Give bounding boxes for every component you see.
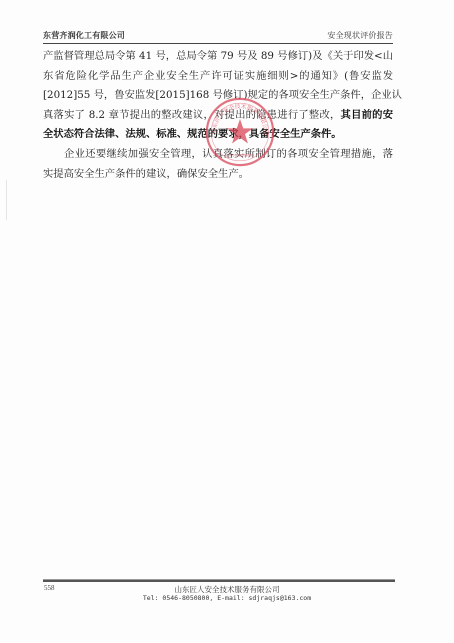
scan-edge-mark bbox=[6, 180, 7, 220]
header-report-title: 安全现状评价报告 bbox=[327, 30, 393, 41]
bold-conclusion-line: 全状态符合法律、法规、标准、规范的要求，具备安全生产条件。 bbox=[43, 125, 393, 145]
text-line: 真落实了 8.2 章节提出的整改建议，对提出的隐患进行了整改，其目前的安 bbox=[43, 106, 393, 126]
page-header: 东营齐润化工有限公司 安全现状评价报告 bbox=[43, 29, 393, 44]
paragraph-recommendation: 企业还要继续加强安全管理，认真落实所制订的各项安全管理措施，落 实提高安全生产条… bbox=[43, 145, 393, 184]
text-line: 产监督管理总局令第 41 号，总局令第 79 号及 89 号修订)及《关于印发<… bbox=[43, 47, 393, 67]
header-company-name: 东营齐润化工有限公司 bbox=[43, 30, 125, 41]
document-page: 东营齐润化工有限公司 安全现状评价报告 产监督管理总局令第 41 号，总局令第 … bbox=[0, 0, 454, 643]
text-line: 实提高安全生产条件的建议，确保安全生产。 bbox=[43, 165, 393, 185]
footer-divider bbox=[43, 579, 395, 582]
text-segment: 真落实了 8.2 章节提出的整改建议，对提出的隐患进行了整改， bbox=[43, 109, 341, 121]
bold-conclusion-start: 其目前的安 bbox=[341, 109, 393, 121]
text-line: [2012]55 号，鲁安监发[2015]168 号修订)规定的各项安全生产条件… bbox=[43, 86, 393, 106]
footer-contact-info: Tel: 0546-8050800, E-mail: sdjraqjs@163.… bbox=[0, 594, 454, 602]
text-line: 企业还要继续加强安全管理，认真落实所制订的各项安全管理措施，落 bbox=[43, 145, 393, 165]
paragraph-conclusion: 产监督管理总局令第 41 号，总局令第 79 号及 89 号修订)及《关于印发<… bbox=[43, 47, 393, 145]
text-line: 东省危险化学品生产企业安全生产许可证实施细则>的通知》(鲁安监发 bbox=[43, 67, 393, 87]
body-text: 产监督管理总局令第 41 号，总局令第 79 号及 89 号修订)及《关于印发<… bbox=[43, 47, 393, 184]
